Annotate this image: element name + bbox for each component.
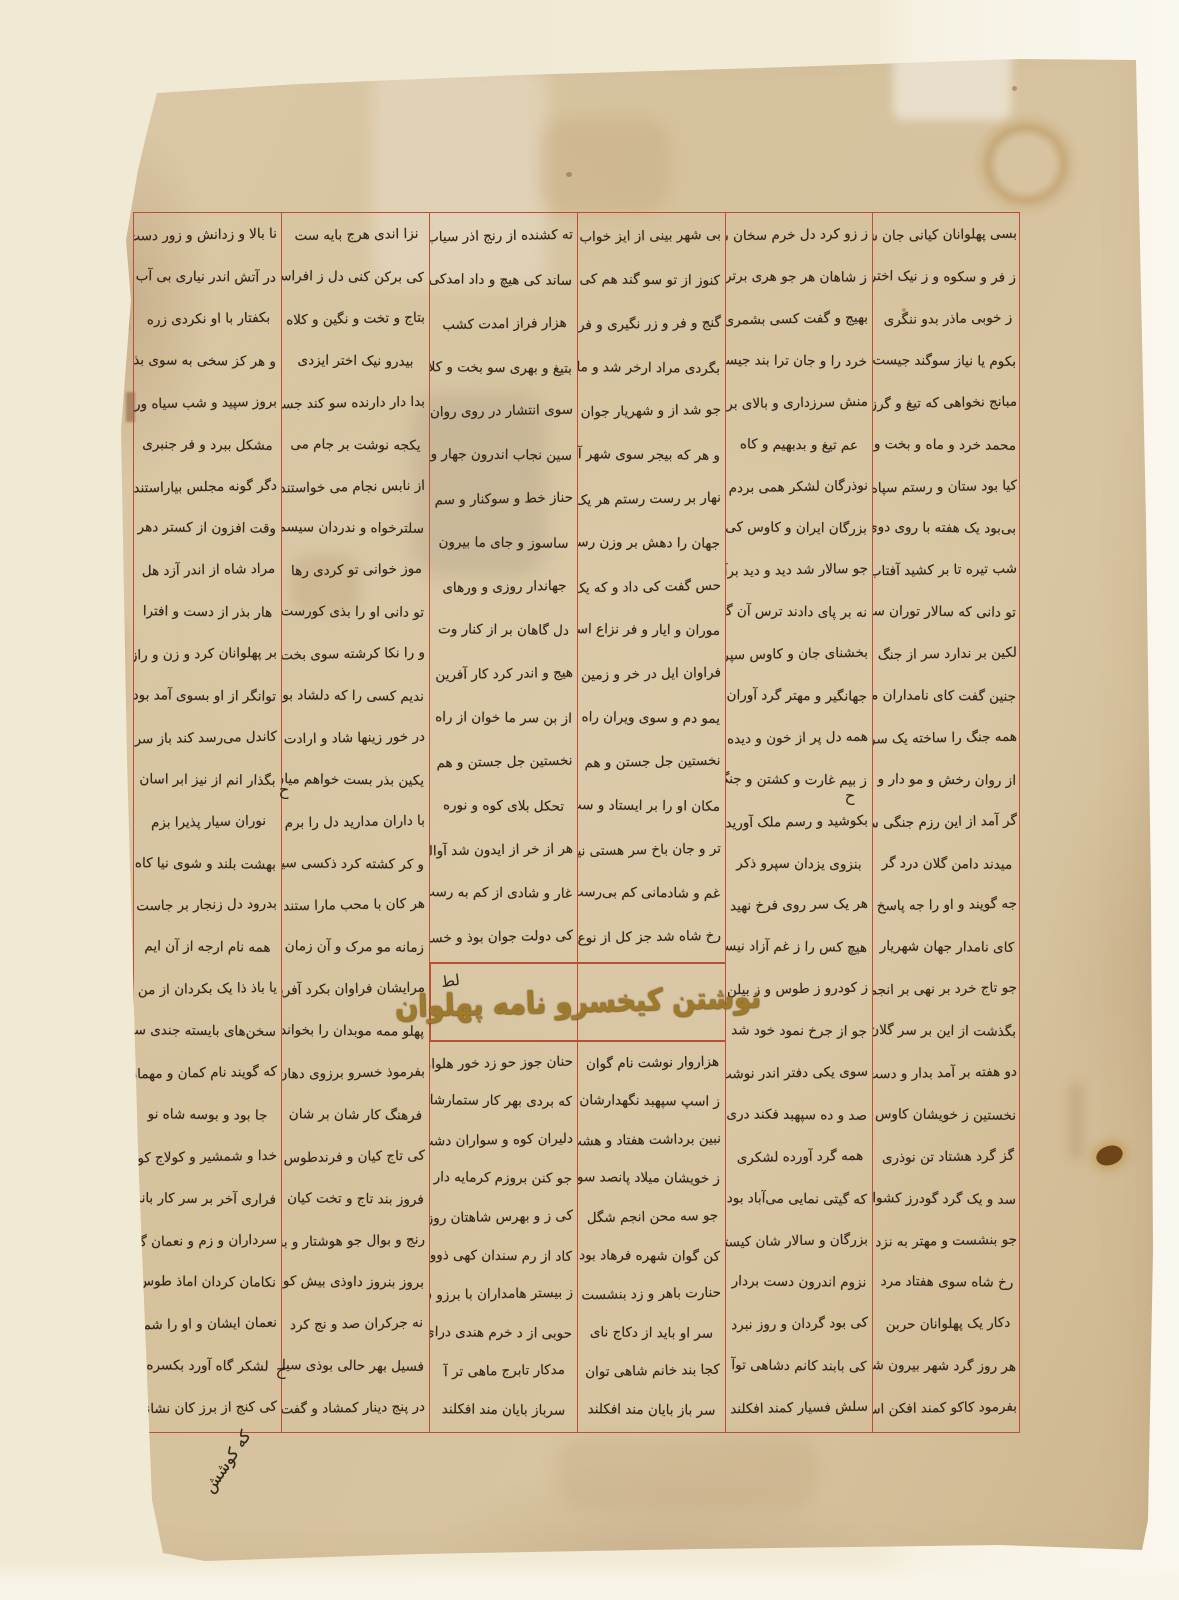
verse-line: کاندل می‌رسد کند باز سرد [140, 731, 277, 747]
verse-line: کی ز و بهرس شاهتان روز جنگ [436, 1210, 573, 1226]
verse-line: ز خوبی ماذر بدو ننگری [879, 312, 1017, 328]
column-3-lower: هزاروار نوشت نام گوانز اسپ سپهبد نگهدارش… [578, 1041, 725, 1432]
verse-line: حوبی از د خرم هندی درای [435, 1326, 572, 1341]
verse-line: جو سالار شد دید و دید برآ [732, 563, 868, 579]
verse-line: جه گویند و او را جه پاسخ دهید [879, 898, 1017, 914]
verse-line: همه گرد آورده لشکری [732, 1149, 868, 1165]
foxing-spot [566, 172, 572, 177]
column-1-rightmost: بسی پهلوانان کیانی جان شدندز فر و سکوه و… [873, 213, 1021, 1432]
verse-line: نخستین ز خویشان کاوس گرد [878, 1108, 1016, 1123]
verse-line: میدند دامن گلان درد گر [878, 857, 1016, 872]
foxing-spot [1012, 86, 1017, 91]
verse-line: سین نجاب اندرون جهار وی [435, 448, 572, 463]
verse-line: موران و ایار و فر نزاع است [583, 624, 720, 639]
edge-chip [124, 104, 137, 140]
verse-line: نخستین جل جستن و هم [436, 755, 573, 771]
verse-line: رخ شاه شد جز کل از نوع [584, 930, 721, 946]
stain-streak [1068, 1082, 1084, 1160]
verse-line: بگذار انم از نیز ابر اسان [139, 773, 276, 788]
verse-line: و هر که بیجر سوی شهر آوی [583, 448, 720, 463]
verse-line: بروز سپید و شب سیاه ورد [140, 395, 277, 411]
verse-line: که گویند نام کمان و مهمان [140, 1066, 277, 1082]
mat-background [0, 1560, 1179, 1600]
column-2: ز زو کرد دل خرم سخان شدندز شاهان هر جو ه… [726, 213, 873, 1432]
verse-line: مراد شاه از اندر آزد هل [140, 563, 277, 579]
verse-line: جو کنن بروزم کرمایه دار [435, 1171, 572, 1186]
verse-line: و کر کشته کرد ذکسی سیاه [287, 857, 424, 872]
verse-line: خرد را و جان ترا بند جیست [731, 354, 867, 369]
verse-line: که گیتی نمایی می‌آباد بود [731, 1192, 867, 1207]
verse-line: بکوم یا نیاز سوگند جیست [878, 354, 1016, 369]
verse-line: سر او باید از دکاج نای [583, 1326, 720, 1341]
verse-line: کای نامدار جهان شهریار [878, 940, 1016, 955]
verse-line: گنج و فر و زر نگیری و فر [584, 316, 721, 332]
column-6-lines: نا بالا و زدانش و زور دستدر آتش اندر نیا… [134, 213, 281, 1432]
verse-line: بی شهر بینی از ایز خواب [584, 229, 721, 245]
verse-line: بر پهلوانان کرد و زن و راز [140, 647, 277, 663]
verse-line: خدا و شمشیر و کولاج کوس [140, 1149, 277, 1165]
verse-line: هیج و اندر کرد کار آفرین [436, 667, 573, 683]
verse-line: تو دانی که سالار توران سپاه [878, 605, 1016, 620]
column-5: نزا اندی هرج بایه ستکی برکن کنی دل ز افر… [282, 213, 430, 1432]
verse-line: نزا اندی هرج بایه ست [288, 228, 425, 244]
verse-line: غار و شادی از کم به رست [435, 887, 572, 902]
verse-line: موز خوانی تو کردی رها [288, 563, 425, 579]
column-2-lines: ز زو کرد دل خرم سخان شدندز شاهان هر جو ه… [726, 213, 872, 1432]
verse-line: گز گرد هشتاد تن نوذری [879, 1149, 1017, 1165]
verse-line: از بن سر ما خوان از راه [435, 711, 572, 726]
verse-line: کی دولت جوان بوذ و خسرو جوان [436, 930, 573, 946]
verse-line: تحکل بلای کوه و نوره [435, 799, 572, 814]
verse-line: سرباز بایان مند افکلند [435, 1403, 572, 1418]
verse-line: بدا دار دارنده سو کند جست [288, 395, 425, 411]
verse-line: جهاندار روزی و ورهای [436, 579, 573, 595]
column-4-lower: حنان جوز حو زد خور هلوانکه بردی بهر کار … [430, 1041, 577, 1432]
verse-line: نه بر پای دادند ترس آن گاه [731, 605, 867, 620]
verse-line: جهان را دهش بر وزن رست [583, 536, 720, 551]
verse-line: بی‌بود یک هفته با روی دوی [878, 522, 1016, 537]
verse-line: هزاروار نوشت نام گوان [584, 1055, 721, 1071]
verse-line: کی بابند کانم دشاهی توآ [731, 1359, 867, 1374]
verse-line: نکامان کردان اماذ طوس [139, 1276, 276, 1291]
verse-line: فروز بند تاج و تخت کیان [287, 1192, 424, 1207]
verse-line: بسی پهلوانان کیانی جان شدند [879, 228, 1017, 244]
verse-line: با داران مدارید دل را برم [288, 814, 425, 830]
correction-mark: ح [275, 1360, 287, 1380]
verse-line: فراوان ایل در خر و زمین [584, 667, 721, 683]
column-5-lines: نزا اندی هرج بایه ستکی برکن کنی دل ز افر… [282, 213, 429, 1432]
verse-line: بفرموذ خسرو برزوی دهان [288, 1066, 425, 1082]
verse-line: ساند کی هیچ و داد امدکی [435, 273, 572, 288]
verse-line: ز بیستر هامداران با برزو فر [436, 1287, 573, 1303]
verse-line: سوی یکی دفتر اندر نوشت [732, 1066, 868, 1082]
verse-line: دل گاهان بر از کنار وت [435, 624, 572, 639]
verse-line: حنارت باهر و زد بنشست [584, 1287, 721, 1303]
verse-line: ز فر و سکوه و ز نیک اختری [878, 270, 1016, 285]
correction-mark: ح [278, 780, 290, 800]
verse-line: کی بود گردان و روز نبرد [732, 1317, 868, 1333]
verse-line: هر روز گرد شهر بیرون شوند [878, 1359, 1016, 1374]
verse-line: هر از خر از ایدون شد آوالحبه [436, 842, 573, 858]
verse-line: مدکار تابرج ماهی تر آ [436, 1364, 573, 1380]
verse-line: بزرگان و سالار شان کیستم [732, 1233, 868, 1249]
verse-line: نه جرکران صد و نج کرد [288, 1317, 425, 1333]
verse-line: دو هفته بر آمد بدار و دست [879, 1066, 1017, 1082]
edge-chip [119, 288, 129, 330]
column-3: بی شهر بینی از ایز خوابکنوز از تو سو گند… [578, 213, 726, 1432]
verse-line: کنوز از تو سو گند هم کی [583, 273, 720, 288]
verse-line: جو بنشست و مهتر به نزد بزرگ [879, 1233, 1017, 1249]
verse-line: جهانگیر و مهتر گرد آوران من [731, 689, 867, 704]
heading-ornament-mark: لط [440, 971, 461, 991]
verse-line: نا بالا و زدانش و زور دست [140, 228, 277, 244]
verse-line: کن گوان شهره فرهاد بود [583, 1249, 720, 1264]
verse-line: بهشت بلند و شوی نیا کاه [139, 857, 276, 872]
verse-line: نوران سیار پذیرا بزم [140, 814, 277, 830]
verse-line: ز شاهان هر جو هری برتری [731, 270, 867, 285]
verse-line: منش سرزداری و بالای برز [732, 395, 868, 411]
verse-line: کی برکن کنی دل ز افراسیاب [287, 270, 424, 285]
verse-line: یکجه نوشت بر جام می [287, 438, 424, 453]
verse-line: توانگر از او بسوی آمد بود [139, 689, 276, 704]
foxing-spot [98, 1246, 105, 1252]
verse-line: در خور زینها شاد و ارادت [288, 731, 425, 747]
verse-line: بفرمود کاکو کمند افکن است [879, 1401, 1017, 1417]
verse-line: جو شد از و شهریار جوان [584, 404, 721, 420]
verse-line: گر آمد از این رزم جنگی سوار [879, 814, 1017, 830]
verse-line: نبین برداشت هفتاد و هشت [584, 1132, 721, 1148]
verse-line: سخن‌های بایسته جندی سر آمد [139, 1024, 276, 1039]
verse-line: جو سه محن انجم شگل [584, 1210, 721, 1226]
verse-line: ز زو کرد دل خرم سخان شدند [732, 228, 868, 244]
parchment-folio: بسی پهلوانان کیانی جان شدندز فر و سکوه و… [0, 0, 1179, 1600]
manuscript-scan: { "colors":{"mat":"#f0e9d3","parchment":… [0, 0, 1179, 1600]
verse-line: بروز بنروز داوذی بیش کوس [287, 1276, 424, 1291]
verse-line: که بردی بهر کار ستمارشان [435, 1094, 572, 1109]
verse-line: جو تاج خرد بر نهی بر انجمن [879, 982, 1017, 998]
verse-line: ساسوز و جای ما بیرون [435, 536, 572, 551]
verse-line: از روان رخش و مو دار و بوی [878, 773, 1016, 788]
verse-line: هزار فراز امدت کشب [436, 316, 573, 332]
verse-line: نخستین جل جستن و هم [584, 755, 721, 771]
verse-line: مبانج نخواهی که تیغ و گرز [879, 395, 1017, 411]
verse-line: بنزوی یزدان سپرو ذکر [731, 857, 867, 872]
verse-line: حناز خط و سوکنار و سم وداد [436, 492, 573, 508]
verse-line: سلترخواه و ندردان سیسم [287, 522, 424, 537]
verse-line: کجا بند خانم شاهی توان [584, 1364, 721, 1380]
verse-line: همه جنگ را ساخته یک سره [879, 731, 1017, 747]
verse-line: سلش فسیار کمند افکلند [732, 1401, 868, 1417]
round-stain [972, 112, 1080, 216]
verse-line: یکین بذر بست خواهم میان [287, 773, 424, 788]
column-6-leftmost: نا بالا و زدانش و زور دستدر آتش اندر نیا… [134, 213, 282, 1432]
verse-line: و هر کز سخی به سوی بذی [139, 354, 276, 369]
verse-line: جو از جرخ نمود خود شد مهم [731, 1024, 867, 1039]
verse-line: در پنج دینار کمشاد و گفت [288, 1401, 425, 1417]
verse-line: همه نام ارجه از آن ایم [139, 940, 276, 955]
verse-line: از نابس نجام می خواستند [288, 479, 425, 495]
verse-line: کاد از رم سندان کهی ذوود [435, 1249, 572, 1264]
foxing-spot [96, 638, 104, 646]
verse-line: حس گفت کی داد و که یک خلی [584, 579, 721, 595]
verse-line: سوی انتشار در روی روان [436, 404, 573, 420]
tissue-repair-patch [893, 12, 1011, 120]
verse-line: بکفتار با او نکردی زره [140, 312, 277, 328]
water-smudge [538, 118, 670, 214]
verse-line: تو دانی او را بذی کورست [287, 605, 424, 620]
verse-line: فراری آخر بر سر کار باند [139, 1192, 276, 1207]
verse-line: محمد خرد و ماه و بخت و کلاه [878, 438, 1016, 453]
verse-line: یا باذ ذا یک بکردان از من [140, 982, 277, 998]
verse-line: هار بذر از دست و افترا [139, 605, 276, 620]
verse-line: جنین گفت کای نامداران من [878, 689, 1016, 704]
verse-line: فسیل بهر حالی بوذی سیله [287, 1359, 424, 1374]
verse-line: فرهنگ کار شان بر شان [287, 1108, 424, 1123]
verse-line: سد و یک گرد گودرز کشواد بود [878, 1192, 1016, 1207]
verse-line: دکار یک پهلوانان حربن [879, 1317, 1017, 1333]
verse-line: هر کان با محب مارا ستند [288, 898, 425, 914]
verse-line: لشکر گاه آورد بکسره [139, 1359, 276, 1374]
verse-line: رخ شاه سوی هفتاد مرد [878, 1276, 1016, 1291]
verse-line: مکان او را بر ایستاد و ست [583, 799, 720, 814]
verse-line: ز خویشان میلاد پانصد سوار [583, 1171, 720, 1186]
verse-line: غم و شادمانی کم بی‌رست [583, 887, 720, 902]
verse-line: دگر گونه مجلس بیاراستند [140, 479, 277, 495]
verse-line: حنان جوز حو زد خور هلوان [436, 1055, 573, 1071]
verse-line: صد و ده سپهبد فکند دری [731, 1108, 867, 1123]
verse-line: ندیم کسی را که دلشاد بود [287, 689, 424, 704]
verse-line: همه دل پر از خون و دیده پر آب [732, 731, 868, 747]
verse-line: بخشنای جان و کاوس سپر [732, 647, 868, 663]
text-block: بسی پهلوانان کیانی جان شدندز فر و سکوه و… [133, 212, 1020, 1433]
verse-line: نوذرگان لشکر همی بردم جوی [732, 479, 868, 495]
verse-line: دلیران کوه و سواران دشت [436, 1132, 573, 1148]
verse-line: بکوشید و رسم ملک آورید [732, 814, 868, 830]
verse-line: ته کشنده از رنج اذر سیاب [436, 229, 573, 245]
verse-line: عم تیغ و بدبهیم و کاه [731, 438, 867, 453]
verse-line: لکین بر ندارد سر از جنگ شیر [879, 647, 1017, 663]
correction-mark: ح [844, 786, 856, 806]
verse-line: بتاج و تخت و نگین و کلاه [288, 312, 425, 328]
column-1-lines: بسی پهلوانان کیانی جان شدندز فر و سکوه و… [873, 213, 1021, 1432]
verse-line: نهار بر رست رستم هر یک [584, 492, 721, 508]
verse-line: مشکل ببرد و فر جنبری [139, 438, 276, 453]
verse-line: بتیغ و بهری سو بخت و کلاه [435, 361, 572, 376]
verse-line: هر یک سر روی فرخ نهید [732, 898, 868, 914]
verse-line: رنج و بوال جو هوشتار و بنج [288, 1233, 425, 1249]
column-4: ته کشنده از رنج اذر سیابساند کی هیچ و دا… [430, 213, 578, 1432]
verse-line: زمانه مو مرک و آن زمان ایم [287, 940, 424, 955]
bottom-stain [556, 1436, 818, 1508]
verse-line: بزرگان ایران و کاوس کی [731, 522, 867, 537]
verse-line: بگردی مراد ارخر شد و ماه [583, 361, 720, 376]
verse-line: هیچ کس را ز غم آزاد نیست [731, 940, 867, 955]
ink-blot [1094, 1142, 1126, 1168]
verse-line: بیدرو نیک اختر ایزدی [287, 354, 424, 369]
verse-line: کیا بود ستان و رستم سپاه [879, 479, 1017, 495]
verse-line: بدرود دل زنجار بر جاست [140, 898, 277, 914]
verse-line: سر باز بایان مند افکلند [583, 1403, 720, 1418]
verse-line: و را نکا کرشته سوی بخت ساز [288, 647, 425, 663]
margin-stain [84, 616, 126, 720]
column-3-upper: بی شهر بینی از ایز خوابکنوز از تو سو گند… [578, 213, 725, 963]
verse-line: تر و جان باخ سر هستی نیست [584, 842, 721, 858]
verse-line: سرداران و زم و نعمان گنج [140, 1233, 277, 1249]
verse-line: بهیج و گفت کسی بشمری [732, 312, 868, 328]
column-4-upper: ته کشنده از رنج اذر سیابساند کی هیچ و دا… [430, 213, 577, 963]
verse-line: شب تیره تا بر کشید آفتاب [879, 563, 1017, 579]
chapter-heading-panel: نوشتن کیخسرو نامه پهلوان لط [430, 963, 726, 1041]
verse-line: جا بود و بوسه شاه نو [139, 1108, 276, 1123]
verse-line: پهلو ممه موبدان را بخواند [287, 1024, 424, 1039]
verse-line: در آتش اندر نیاری بی آب [139, 270, 276, 285]
verse-line: یمو دم و سوی ویران راه [583, 711, 720, 726]
verse-line: نعمان ایشان و او را شمرد [140, 1317, 277, 1333]
verse-line: بگذشت از این بر سر گلان سپاه [878, 1024, 1016, 1039]
verse-line: نزوم اندرون دست بردار [731, 1276, 867, 1291]
foxing-spot [72, 702, 77, 707]
verse-line: ز اسپ سپهبد نگهدارشان [583, 1094, 720, 1109]
verse-line: کی تاج کیان و فرندطوس [288, 1149, 425, 1165]
verse-line: وقت افزون از کستر دهر [139, 522, 276, 537]
